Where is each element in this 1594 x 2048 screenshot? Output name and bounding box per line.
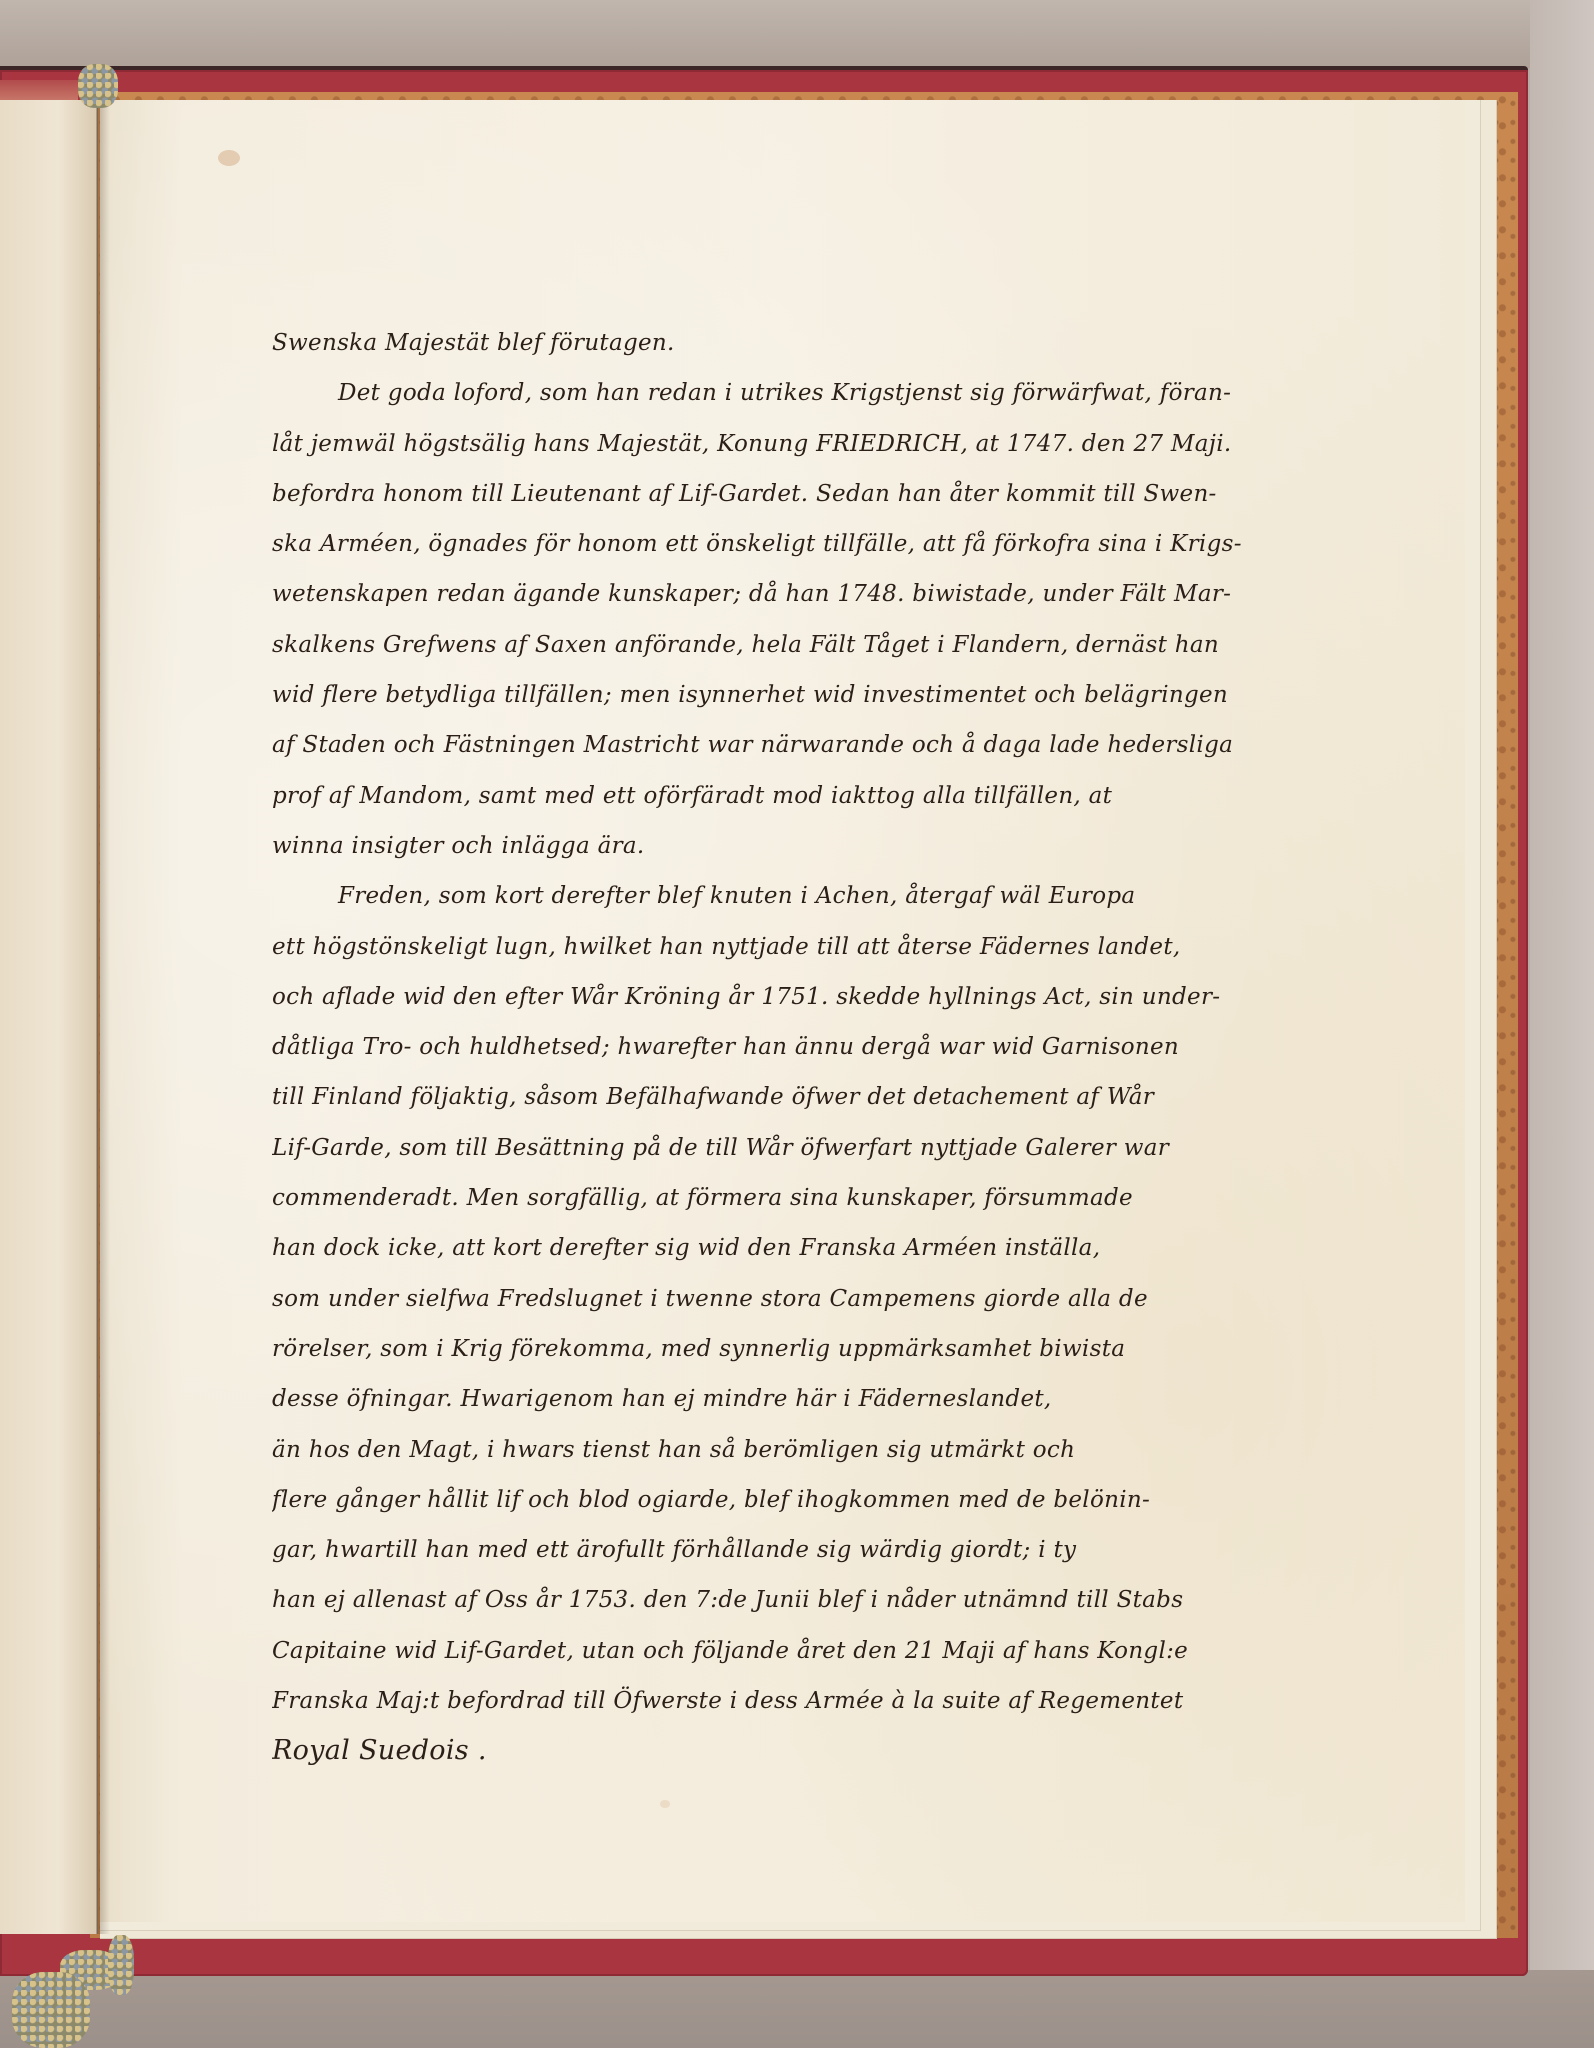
manuscript-line: och aflade wid den efter Wår Kröning år … [272, 972, 1332, 1022]
manuscript-line: gar, hwartill han med ett ärofullt förhå… [272, 1525, 1332, 1575]
bookmark-cord-tassel [12, 1972, 90, 2048]
left-binding-strip [0, 80, 78, 102]
manuscript-text: Swenska Majestät blef förutagen. Det god… [272, 318, 1332, 1777]
manuscript-line: låt jemwäl högstsälig hans Majestät, Kon… [272, 419, 1332, 469]
gutter-shadow [96, 100, 110, 1934]
manuscript-line: wetenskapen redan ägande kunskaper; då h… [272, 569, 1332, 619]
scan-backdrop-right [1530, 0, 1594, 2048]
left-page [0, 100, 98, 1934]
scan-backdrop-top [0, 0, 1594, 68]
manuscript-line: Swenska Majestät blef förutagen. [272, 318, 1332, 368]
manuscript-line: ett högstönskeligt lugn, hwilket han nyt… [272, 922, 1332, 972]
manuscript-line: desse öfningar. Hwarigenom han ej mindre… [272, 1374, 1332, 1424]
manuscript-line: som under sielfwa Fredslugnet i twenne s… [272, 1274, 1332, 1324]
manuscript-line: han dock icke, att kort derefter sig wid… [272, 1223, 1332, 1273]
manuscript-line: Freden, som kort derefter blef knuten i … [272, 871, 1332, 921]
foxing-stain [660, 1800, 670, 1808]
manuscript-line: flere gånger hållit lif och blod ogiarde… [272, 1475, 1332, 1525]
bookmark-cord-bottom [108, 1935, 134, 1995]
scan-backdrop-bottom [0, 1970, 1594, 2048]
manuscript-line: skalkens Grefwens af Saxen anförande, he… [272, 620, 1332, 670]
manuscript-line: wid flere betydliga tillfällen; men isyn… [272, 670, 1332, 720]
manuscript-line: än hos den Magt, i hwars tienst han så b… [272, 1425, 1332, 1475]
manuscript-line: rörelser, som i Krig förekomma, med synn… [272, 1324, 1332, 1374]
manuscript-line: han ej allenast af Oss år 1753. den 7:de… [272, 1575, 1332, 1625]
manuscript-line: winna insigter och inlägga ära. [272, 821, 1332, 871]
manuscript-line: till Finland följaktig, såsom Befälhafwa… [272, 1072, 1332, 1122]
bookmark-cord-top [78, 64, 118, 108]
manuscript-line: Franska Maj:t befordrad till Öfwerste i … [272, 1676, 1332, 1726]
manuscript-line: Lif-Garde, som till Besättning på de til… [272, 1123, 1332, 1173]
manuscript-line: dåtliga Tro- och huldhetsed; hwarefter h… [272, 1022, 1332, 1072]
manuscript-line: Det goda loford, som han redan i utrikes… [272, 368, 1332, 418]
manuscript-line: befordra honom till Lieutenant af Lif-Ga… [272, 469, 1332, 519]
manuscript-line: commenderadt. Men sorgfällig, at förmera… [272, 1173, 1332, 1223]
manuscript-line: Capitaine wid Lif-Gardet, utan och följa… [272, 1626, 1332, 1676]
foxing-stain [218, 150, 240, 166]
manuscript-line: prof af Mandom, samt med ett oförfäradt … [272, 771, 1332, 821]
manuscript-line: ska Arméen, ögnades för honom ett önskel… [272, 519, 1332, 569]
manuscript-line: Royal Suedois . [272, 1726, 1332, 1776]
manuscript-line: af Staden och Fästningen Mastricht war n… [272, 720, 1332, 770]
